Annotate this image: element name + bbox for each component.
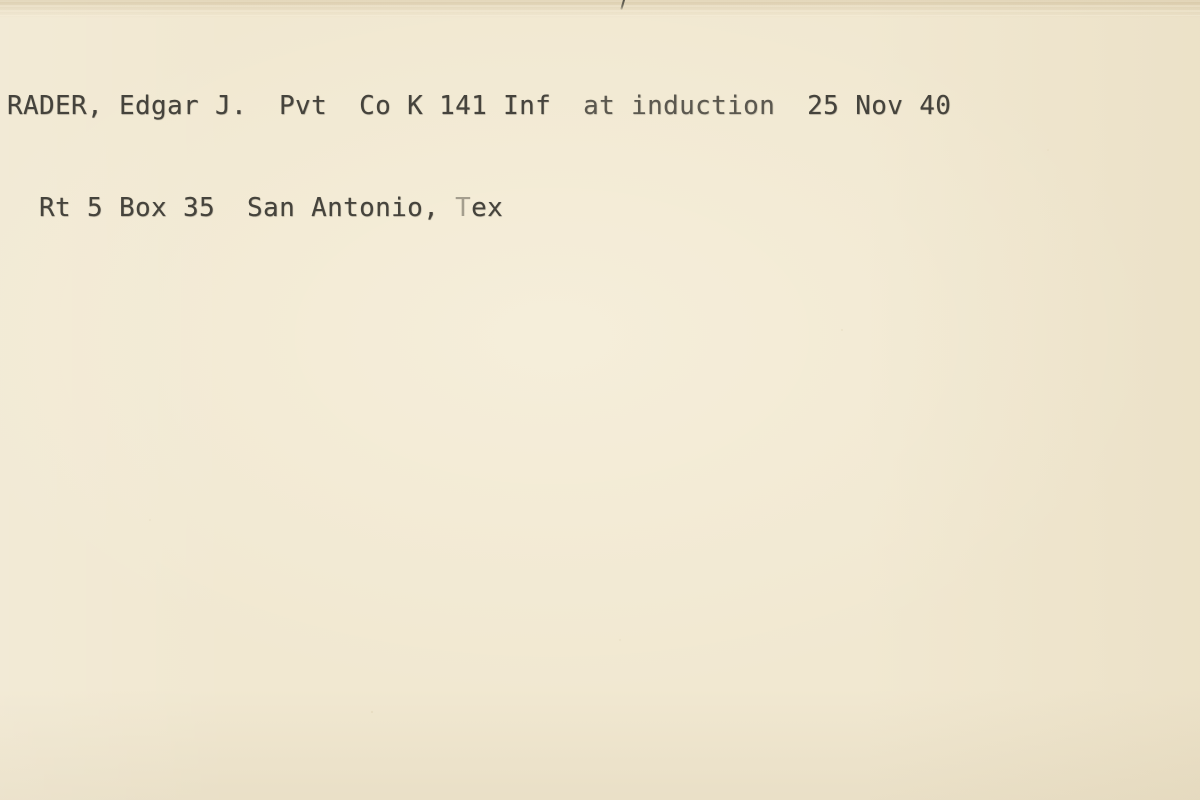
line2-indent xyxy=(7,193,39,223)
typewritten-text-block: RADER, Edgar J. Pvt Co K 141 Inf at indu… xyxy=(7,21,951,293)
scanned-index-card: RADER, Edgar J. Pvt Co K 141 Inf at indu… xyxy=(0,0,1200,800)
stray-pen-tick xyxy=(620,0,626,10)
scanner-streak-band xyxy=(0,0,1200,16)
line1-induction-date: 25 Nov 40 xyxy=(775,91,951,121)
line2-faded-letter: T xyxy=(455,193,471,223)
line2-state-suffix: ex xyxy=(471,193,503,223)
line1-at-induction: at induction xyxy=(551,91,775,121)
typewritten-line-1: RADER, Edgar J. Pvt Co K 141 Inf at indu… xyxy=(7,89,951,123)
line2-address: Rt 5 Box 35 San Antonio, xyxy=(39,193,455,223)
typewritten-line-2: Rt 5 Box 35 San Antonio, Tex xyxy=(7,191,951,225)
line1-name-rank-unit: RADER, Edgar J. Pvt Co K 141 Inf xyxy=(7,91,551,121)
